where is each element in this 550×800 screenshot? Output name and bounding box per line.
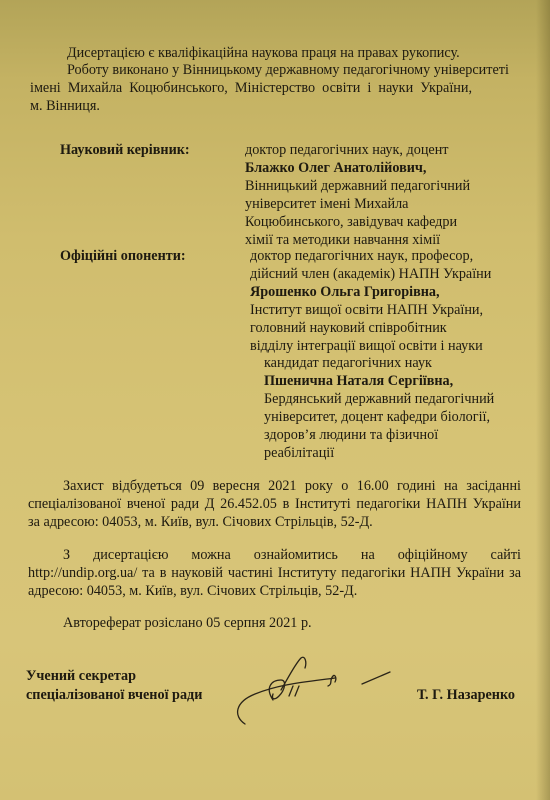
signature-icon [225,650,400,730]
opponent-2-affiliation-3: здоров’я людини та фізичної [264,426,438,444]
defense-line-2: спеціалізованої вченої ради Д 26.452.05 … [28,495,521,513]
defense-line-3: за адресою: 04053, м. Київ, вул. Січових… [28,513,373,531]
availability-line-2: http://undip.org.ua/ та в науковій части… [28,564,521,582]
opponents-label: Офіційні опоненти: [60,247,186,265]
opponent-1-name: Ярошенко Ольга Григорівна, [250,283,440,301]
intro-line-2: Роботу виконано у Вінницькому державному… [67,61,509,79]
opponent-1-affiliation-1: Інститут вищої освіти НАПН України, [250,301,483,319]
supervisor-affiliation-3: Коцюбинського, завідувач кафедри [245,213,457,231]
opponent-2-name: Пшенична Наталя Сергіївна, [264,372,453,390]
secretary-title-line-1: Учений секретар [26,667,136,685]
intro-line-4: м. Вінниця. [30,97,100,115]
intro-line-3: імені Михайла Коцюбинського, Міністерств… [30,79,472,97]
availability-line-1: З дисертацією можна ознайомитись на офіц… [63,546,521,564]
opponent-1-degree-2: дійсний член (академік) НАПН України [250,265,491,283]
opponent-2-affiliation-1: Бердянський державний педагогічний [264,390,494,408]
availability-line-3: адресою: 04053, м. Київ, вул. Січових Ст… [28,582,357,600]
intro-line-1: Дисертацією є кваліфікаційна наукова пра… [67,44,460,62]
defense-line-1: Захист відбудеться 09 вересня 2021 року … [63,477,521,495]
secretary-name: Т. Г. Назаренко [417,686,515,704]
opponent-1-affiliation-2: головний науковий співробітник [250,319,447,337]
distribution-date: Автореферат розіслано 05 серпня 2021 р. [63,614,312,632]
opponent-2-degree: кандидат педагогічних наук [264,354,432,372]
opponent-1-affiliation-3: відділу інтеграції вищої освіти і науки [250,337,483,355]
supervisor-label: Науковий керівник: [60,141,190,159]
supervisor-affiliation-2: університет імені Михайла [245,195,408,213]
opponent-2-affiliation-2: університет, доцент кафедри біології, [264,408,490,426]
secretary-title-line-2: спеціалізованої вченої ради [26,686,202,704]
document-page: Дисертацією є кваліфікаційна наукова пра… [0,0,550,800]
supervisor-name: Блажко Олег Анатолійович, [245,159,426,177]
supervisor-degree: доктор педагогічних наук, доцент [245,141,449,159]
supervisor-affiliation-1: Вінницький державний педагогічний [245,177,470,195]
opponent-2-affiliation-4: реабілітації [264,444,334,462]
opponent-1-degree-1: доктор педагогічних наук, професор, [250,247,473,265]
